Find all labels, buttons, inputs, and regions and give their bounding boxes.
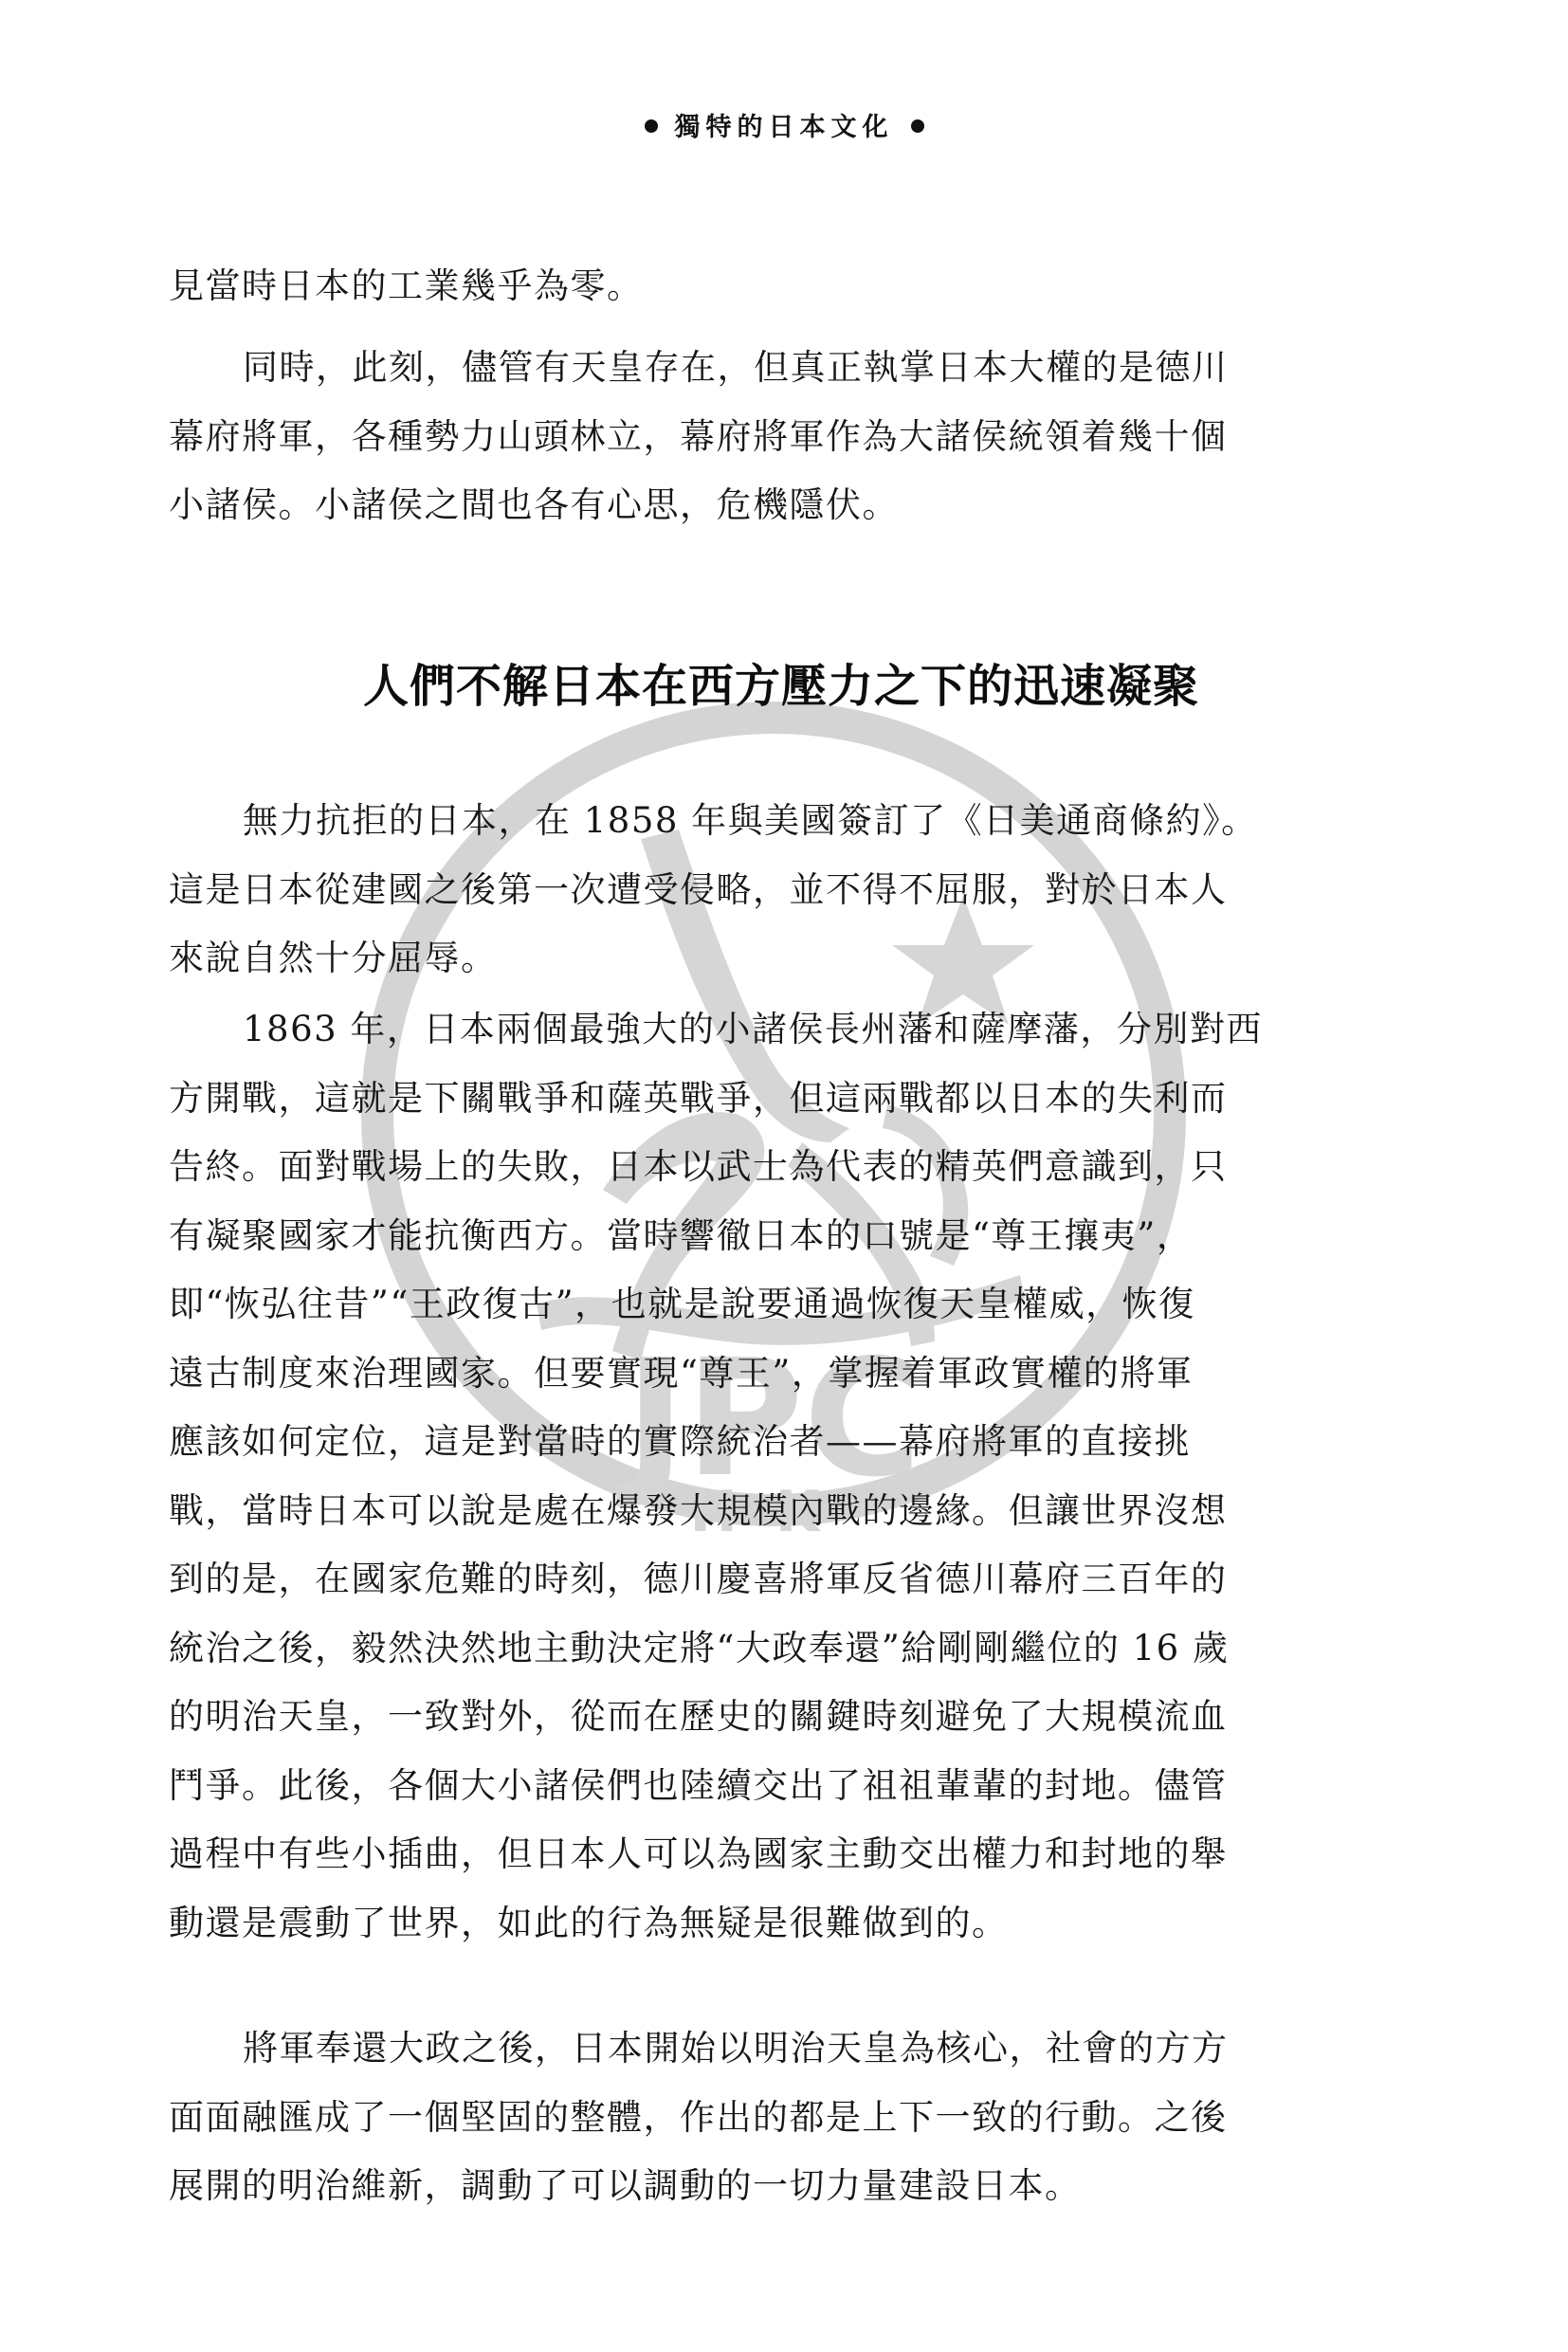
text-line: 到的是，在國家危難的時刻，德川慶喜將軍反省德川幕府三百年的 <box>169 1545 1316 1614</box>
text-line: 1863 年，日本兩個最強大的小諸侯長州藩和薩摩藩，分別對西 <box>169 995 1316 1065</box>
running-header: 獨特的日本文化 <box>0 106 1568 143</box>
text-line: 幕府將軍，各種勢力山頭林立，幕府將軍作為大諸侯統領着幾十個 <box>169 403 1316 472</box>
running-header-title: 獨特的日本文化 <box>675 113 894 142</box>
paragraph-3: 無力抗拒的日本，在 1858 年與美國簽訂了《日美通商條約》。 這是日本從建國之… <box>169 787 1316 994</box>
text-line: 方開戰，這就是下關戰爭和薩英戰爭，但這兩戰都以日本的失利而 <box>169 1065 1316 1134</box>
text-line: 告終。面對戰場上的失敗，日本以武士為代表的精英們意識到，只 <box>169 1133 1316 1202</box>
text-line: 統治之後，毅然決然地主動決定將“大政奉還”給剛剛繼位的 16 歲 <box>169 1614 1316 1684</box>
text-line: 即“恢弘往昔”“王政復古”，也就是說要通過恢復天皇權威，恢復 <box>169 1270 1316 1340</box>
text-line: 同時，此刻，儘管有天皇存在，但真正執掌日本大權的是德川 <box>169 334 1316 403</box>
paragraph-1: 見當時日本的工業幾乎為零。 <box>169 252 1316 321</box>
section-title: 人們不解日本在西方壓力之下的迅速凝聚 <box>167 649 1395 715</box>
text-line: 的明治天皇，一致對外，從而在歷史的關鍵時刻避免了大規模流血 <box>169 1683 1316 1752</box>
text-line: 小諸侯。小諸侯之間也各有心思，危機隱伏。 <box>169 471 1316 540</box>
text-line: 見當時日本的工業幾乎為零。 <box>169 252 1316 321</box>
text-line: 過程中有些小插曲，但日本人可以為國家主動交出權力和封地的舉 <box>169 1820 1316 1889</box>
bullet-right-icon <box>911 119 924 133</box>
text-line: 應該如何定位，這是對當時的實際統治者——幕府將軍的直接挑 <box>169 1408 1316 1477</box>
paragraph-4: 1863 年，日本兩個最強大的小諸侯長州藩和薩摩藩，分別對西 方開戰，這就是下關… <box>169 995 1316 1958</box>
bullet-left-icon <box>645 119 658 133</box>
text-line: 展開的明治維新，調動了可以調動的一切力量建設日本。 <box>169 2152 1316 2221</box>
paragraph-2: 同時，此刻，儘管有天皇存在，但真正執掌日本大權的是德川 幕府將軍，各種勢力山頭林… <box>169 334 1316 540</box>
text-line: 戰，當時日本可以說是處在爆發大規模內戰的邊緣。但讓世界沒想 <box>169 1477 1316 1546</box>
text-line: 無力抗拒的日本，在 1858 年與美國簽訂了《日美通商條約》。 <box>169 787 1316 856</box>
text-line: 來說自然十分屈辱。 <box>169 924 1316 994</box>
text-line: 面面融匯成了一個堅固的整體，作出的都是上下一致的行動。之後 <box>169 2084 1316 2153</box>
text-line: 將軍奉還大政之後，日本開始以明治天皇為核心，社會的方方 <box>169 2015 1316 2084</box>
text-line: 有凝聚國家才能抗衡西方。當時響徹日本的口號是“尊王攘夷”， <box>169 1202 1316 1271</box>
text-line: 這是日本從建國之後第一次遭受侵略，並不得不屈服，對於日本人 <box>169 856 1316 925</box>
text-line: 動還是震動了世界，如此的行為無疑是很難做到的。 <box>169 1889 1316 1959</box>
paragraph-5: 將軍奉還大政之後，日本開始以明治天皇為核心，社會的方方 面面融匯成了一個堅固的整… <box>169 2015 1316 2221</box>
text-line: 鬥爭。此後，各個大小諸侯們也陸續交出了祖祖輩輩的封地。儘管 <box>169 1752 1316 1821</box>
text-line: 遠古制度來治理國家。但要實現“尊王”，掌握着軍政實權的將軍 <box>169 1340 1316 1409</box>
book-page: 獨特的日本文化 JPC HK 見當時日本的工業幾乎為零。 同時，此刻，儘管有天皇… <box>0 0 1568 2352</box>
